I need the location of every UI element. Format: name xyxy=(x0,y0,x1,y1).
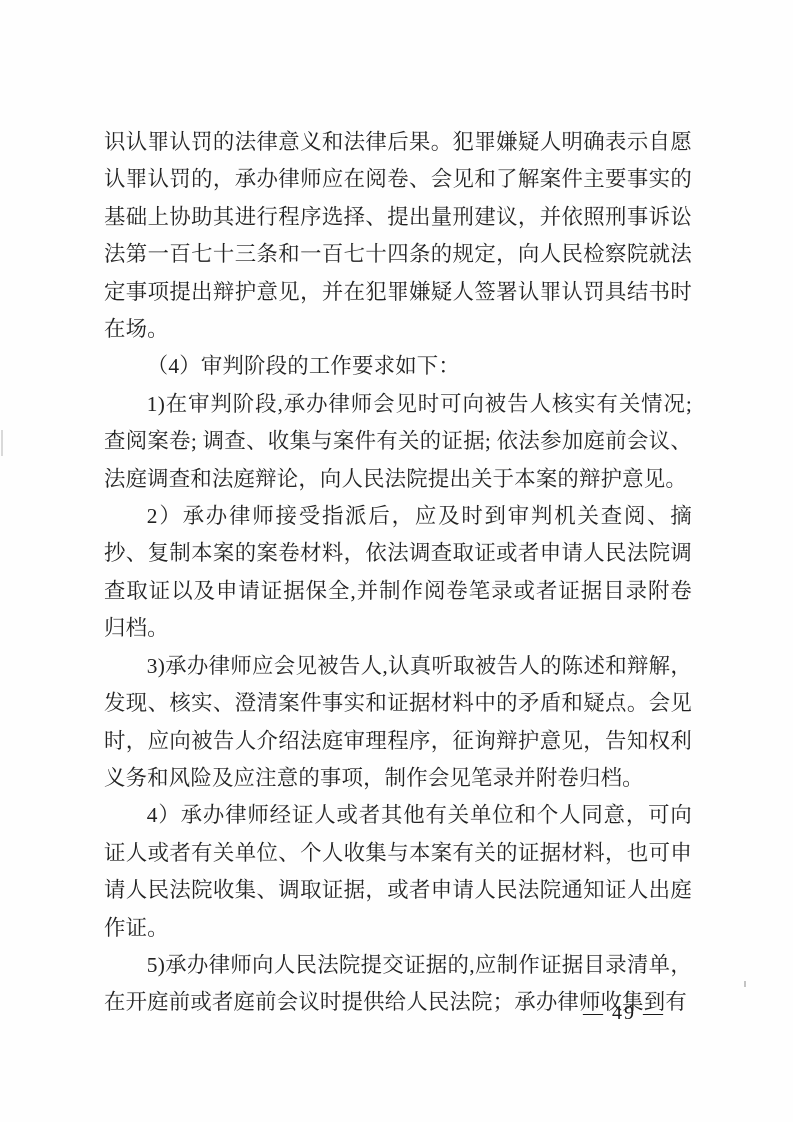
page-number: — 49 — xyxy=(583,1001,665,1025)
paragraph-item-2: 2）承办律师接受指派后，应及时到审判机关查阅、摘抄、复制本案的案卷材料，依法调查… xyxy=(104,498,692,648)
paragraph-item-4: 4）承办律师经证人或者其他有关单位和个人同意，可向证人或者有关单位、个人收集与本… xyxy=(104,797,692,947)
document-page: 识认罪认罚的法律意义和法律后果。犯罪嫌疑人明确表示自愿认罪认罚的，承办律师应在阅… xyxy=(0,0,793,1122)
scan-artifact-left-edge xyxy=(1,430,3,456)
paragraph-continuation: 识认罪认罚的法律意义和法律后果。犯罪嫌疑人明确表示自愿认罪认罚的，承办律师应在阅… xyxy=(104,124,692,348)
paragraph-heading-trial-stage: （4）审判阶段的工作要求如下： xyxy=(104,348,692,385)
paragraph-item-1: 1)在审判阶段,承办律师会见时可向被告人核实有关情况; 查阅案卷; 调查、收集与… xyxy=(104,386,692,498)
scan-artifact-bottom-right xyxy=(744,981,746,987)
document-body: 识认罪认罚的法律意义和法律后果。犯罪嫌疑人明确表示自愿认罪认罚的，承办律师应在阅… xyxy=(104,124,692,1022)
paragraph-item-3: 3)承办律师应会见被告人,认真听取被告人的陈述和辩解，发现、核实、澄清案件事实和… xyxy=(104,648,692,798)
